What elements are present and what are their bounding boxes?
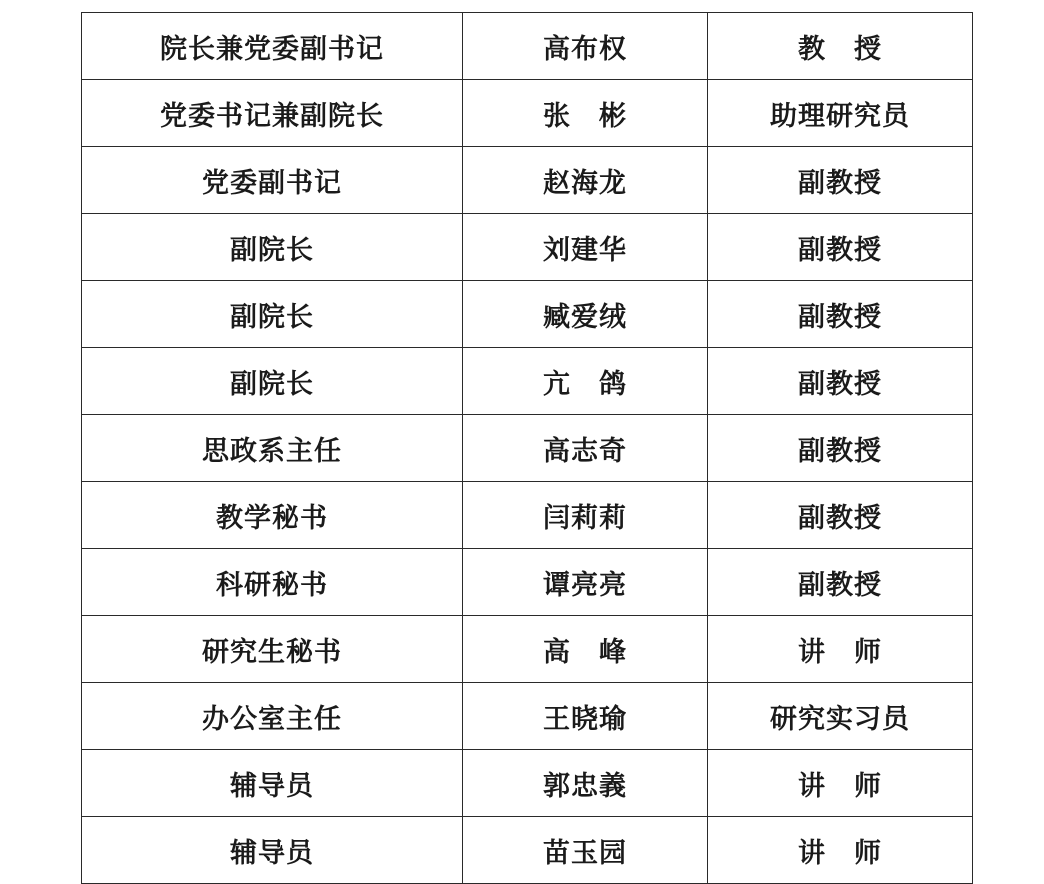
staff-table: 院长兼党委副书记高布权教 授党委书记兼副院长张 彬助理研究员党委副书记赵海龙副教… (81, 12, 973, 884)
name-cell: 闫莉莉 (463, 482, 708, 549)
table-row: 研究生秘书高 峰讲 师 (82, 616, 973, 683)
title-cell: 副教授 (708, 281, 973, 348)
name-cell: 高布权 (463, 13, 708, 80)
table-row: 副院长亢 鸽副教授 (82, 348, 973, 415)
table-row: 思政系主任高志奇副教授 (82, 415, 973, 482)
position-cell: 教学秘书 (82, 482, 463, 549)
title-cell: 研究实习员 (708, 683, 973, 750)
title-cell: 讲 师 (708, 817, 973, 884)
title-cell: 讲 师 (708, 750, 973, 817)
title-cell: 副教授 (708, 482, 973, 549)
name-cell: 赵海龙 (463, 147, 708, 214)
position-cell: 院长兼党委副书记 (82, 13, 463, 80)
name-cell: 王晓瑜 (463, 683, 708, 750)
position-cell: 办公室主任 (82, 683, 463, 750)
table-row: 党委副书记赵海龙副教授 (82, 147, 973, 214)
title-cell: 副教授 (708, 549, 973, 616)
name-cell: 臧爱绒 (463, 281, 708, 348)
name-cell: 亢 鸽 (463, 348, 708, 415)
title-cell: 讲 师 (708, 616, 973, 683)
title-cell: 助理研究员 (708, 80, 973, 147)
position-cell: 辅导员 (82, 750, 463, 817)
position-cell: 党委书记兼副院长 (82, 80, 463, 147)
position-cell: 辅导员 (82, 817, 463, 884)
position-cell: 副院长 (82, 348, 463, 415)
position-cell: 科研秘书 (82, 549, 463, 616)
name-cell: 张 彬 (463, 80, 708, 147)
table-row: 办公室主任王晓瑜研究实习员 (82, 683, 973, 750)
title-cell: 副教授 (708, 348, 973, 415)
position-cell: 副院长 (82, 214, 463, 281)
table-row: 院长兼党委副书记高布权教 授 (82, 13, 973, 80)
position-cell: 思政系主任 (82, 415, 463, 482)
name-cell: 高 峰 (463, 616, 708, 683)
position-cell: 党委副书记 (82, 147, 463, 214)
title-cell: 副教授 (708, 214, 973, 281)
table-row: 辅导员郭忠義讲 师 (82, 750, 973, 817)
title-cell: 副教授 (708, 147, 973, 214)
table-row: 副院长臧爱绒副教授 (82, 281, 973, 348)
name-cell: 高志奇 (463, 415, 708, 482)
name-cell: 郭忠義 (463, 750, 708, 817)
table-row: 教学秘书闫莉莉副教授 (82, 482, 973, 549)
table-row: 党委书记兼副院长张 彬助理研究员 (82, 80, 973, 147)
name-cell: 谭亮亮 (463, 549, 708, 616)
name-cell: 刘建华 (463, 214, 708, 281)
position-cell: 副院长 (82, 281, 463, 348)
name-cell: 苗玉园 (463, 817, 708, 884)
table-row: 科研秘书谭亮亮副教授 (82, 549, 973, 616)
position-cell: 研究生秘书 (82, 616, 463, 683)
title-cell: 副教授 (708, 415, 973, 482)
table-row: 辅导员苗玉园讲 师 (82, 817, 973, 884)
title-cell: 教 授 (708, 13, 973, 80)
table-row: 副院长刘建华副教授 (82, 214, 973, 281)
